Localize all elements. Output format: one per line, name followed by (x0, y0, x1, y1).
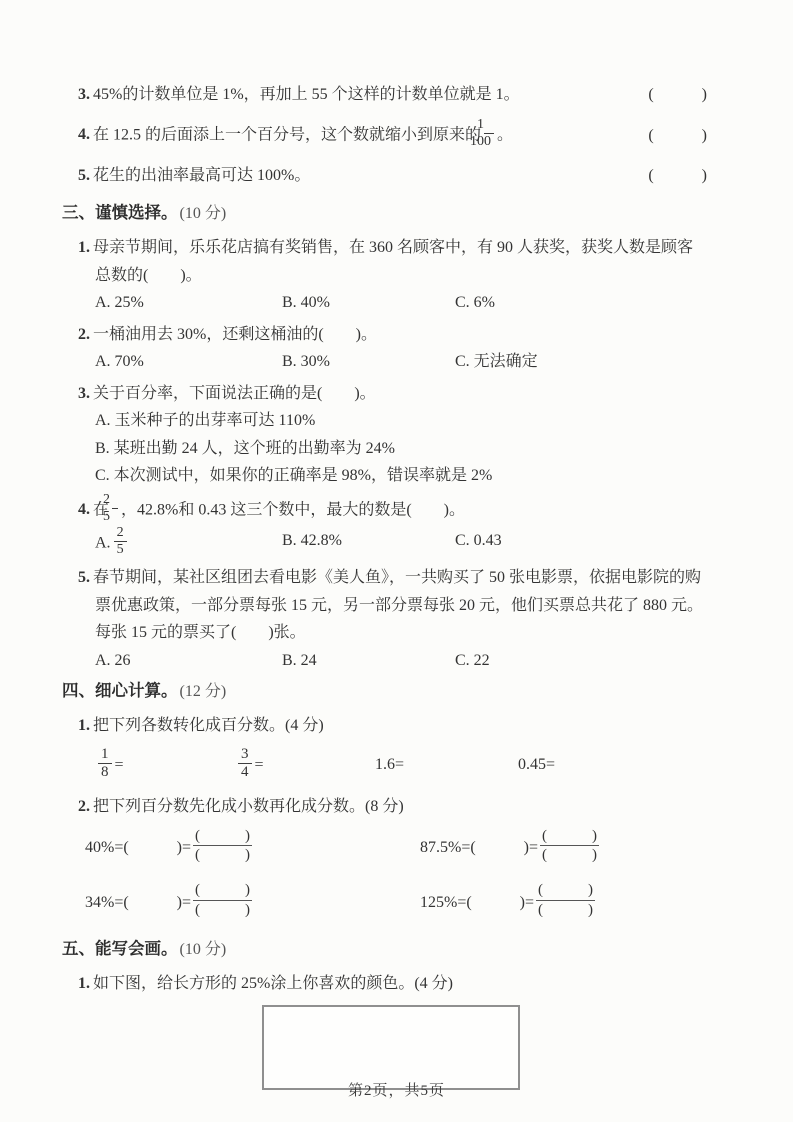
judge-statement-after: 。 (497, 126, 513, 143)
option-b: B. 30% (282, 348, 455, 376)
fraction-denominator-blank: ( ) (540, 846, 599, 865)
question-text: 春节期间，某社区组团去看电影《美人鱼》，一共购买了 50 张电影票，依据电影院的… (93, 569, 703, 641)
percent-conversion-grid: 40%=( )=( )( ) 87.5%=( )=( )( ) 34%=( )=… (62, 827, 707, 920)
fraction-numerator-blank: ( ) (193, 881, 252, 901)
choice-question-5: 5.春节期间，某社区组团去看电影《美人鱼》，一共购买了 50 张电影票，依据电影… (62, 564, 707, 674)
task-score: (4 分) (285, 717, 324, 734)
section-score: (12 分) (180, 683, 227, 700)
judge-item-4: 4.在 12.5 的后面添上一个百分号，这个数就缩小到原来的1100。 ( ) (62, 119, 707, 152)
section-5-heading: 五、能写会画。(10 分) (62, 936, 707, 963)
question-text: 母亲节期间，乐乐花店搞有奖销售，在 360 名顾客中，有 90 人获奖，获奖人数… (93, 239, 693, 284)
conversion-prefix: 34%=( )= (85, 889, 191, 912)
fraction-denominator-blank: ( ) (193, 846, 252, 865)
conversion-40: 40%=( )=( )( ) (85, 827, 420, 866)
fraction-denominator: 5 (114, 542, 127, 558)
task-instruction: 把下列百分数先化成小数再化成分数。 (93, 798, 365, 815)
judge-item-5: 5.花生的出油率最高可达 100%。 ( ) (62, 163, 707, 189)
question-number: 4. (78, 501, 90, 518)
section-score: (10 分) (180, 205, 227, 222)
fraction-numerator: 3 (238, 746, 252, 764)
judge-statement-before: 在 12.5 的后面添上一个百分号，这个数就缩小到原来的 (93, 126, 481, 143)
section-4-heading: 四、细心计算。(12 分) (62, 678, 707, 705)
draw-task-1: 1.如下图，给长方形的 25%涂上你喜欢的颜色。(4 分) (62, 970, 707, 1091)
choice-question-1: 1.母亲节期间，乐乐花店搞有奖销售，在 360 名顾客中，有 90 人获奖，获奖… (62, 234, 707, 317)
task-score: (4 分) (414, 975, 453, 992)
section-title-text: 四、细心计算。 (62, 682, 178, 700)
option-c: C. 6% (455, 289, 495, 317)
judge-statement: 45%的计数单位是 1%，再加上 55 个这样的计数单位就是 1。 (93, 86, 520, 103)
option-c: C. 22 (455, 647, 490, 675)
fraction-2-5: 25 (114, 525, 127, 558)
choice-question-4: 4.在25，42.8%和 0.43 这三个数中，最大的数是( )。 A.25 B… (62, 494, 707, 560)
options-row: A. 70% B. 30% C. 无法确定 (62, 348, 707, 376)
question-number: 1. (78, 239, 90, 256)
fraction-numerator: 2 (114, 525, 127, 542)
question-text: 一桶油用去 30%，还剩这桶油的( )。 (93, 326, 377, 343)
judge-item-3: 3.45%的计数单位是 1%，再加上 55 个这样的计数单位就是 1。 ( ) (62, 82, 707, 108)
fraction-denominator: 100 (484, 134, 494, 150)
answer-blank: ( ) (648, 123, 707, 149)
fraction-denominator: 8 (98, 764, 112, 781)
calc-task-1: 1.把下列各数转化成百分数。(4 分) 18= 34= 1.6= 0.45= (62, 712, 707, 783)
expression-1-6: 1.6= (375, 756, 518, 774)
equals-sign: = (255, 756, 264, 773)
option-a: A. 70% (95, 348, 282, 376)
option-a: A. 26 (95, 647, 282, 675)
option-a: A.25 (95, 527, 282, 560)
fraction-numerator: 1 (484, 117, 494, 134)
judge-item-text: 4.在 12.5 的后面添上一个百分号，这个数就缩小到原来的1100。 (62, 119, 638, 152)
fraction-denominator-blank: ( ) (193, 901, 252, 920)
question-text: 关于百分率，下面说法正确的是( )。 (93, 385, 376, 402)
item-number: 4. (78, 126, 90, 143)
section-title-text: 五、能写会画。 (62, 940, 178, 958)
conversion-34: 34%=( )=( )( ) (85, 881, 420, 920)
question-number: 3. (78, 385, 90, 402)
fraction-numerator-blank: ( ) (536, 881, 595, 901)
blank-fraction: ( )( ) (193, 827, 252, 866)
answer-blank: ( ) (648, 163, 707, 189)
task-number: 1. (78, 975, 90, 992)
fraction-numerator: 2 (112, 492, 118, 509)
task-number: 1. (78, 717, 90, 734)
item-number: 5. (78, 167, 90, 184)
fraction-denominator-blank: ( ) (536, 901, 595, 920)
fraction-numerator-blank: ( ) (540, 827, 599, 847)
fraction-denominator: 4 (238, 764, 252, 781)
choice-question-3: 3.关于百分率，下面说法正确的是( )。 A. 玉米种子的出芽率可达 110% … (62, 380, 707, 490)
option-a: A. 玉米种子的出芽率可达 110% (62, 407, 707, 435)
option-c: C. 无法确定 (455, 348, 538, 376)
conversion-prefix: 125%=( )= (420, 889, 534, 912)
options-row: A.25 B. 42.8% C. 0.43 (62, 527, 707, 560)
question-number: 5. (78, 569, 90, 586)
convert-to-percent-row: 18= 34= 1.6= 0.45= (62, 748, 707, 784)
judge-item-text: 5.花生的出油率最高可达 100%。 (62, 163, 638, 189)
conversion-125: 125%=( )=( )( ) (420, 881, 595, 920)
choice-question-2: 2.一桶油用去 30%，还剩这桶油的( )。 A. 70% B. 30% C. … (62, 321, 707, 376)
section-title-text: 三、谨慎选择。 (62, 204, 178, 222)
options-row: A. 25% B. 40% C. 6% (62, 289, 707, 317)
judge-item-text: 3.45%的计数单位是 1%，再加上 55 个这样的计数单位就是 1。 (62, 82, 638, 108)
option-a: A. 25% (95, 289, 282, 317)
fraction-numerator-blank: ( ) (193, 827, 252, 847)
task-instruction: 如下图，给长方形的 25%涂上你喜欢的颜色。 (93, 975, 414, 992)
conversion-prefix: 87.5%=( )= (420, 834, 538, 857)
expression-0-45: 0.45= (518, 756, 555, 774)
exam-page: 3.45%的计数单位是 1%，再加上 55 个这样的计数单位就是 1。 ( ) … (0, 0, 793, 1122)
page-content: 3.45%的计数单位是 1%，再加上 55 个这样的计数单位就是 1。 ( ) … (62, 82, 707, 1094)
expression-1-8: 18= (95, 748, 235, 784)
equals-sign: = (115, 756, 124, 773)
section-3-heading: 三、谨慎选择。(10 分) (62, 200, 707, 227)
option-b: B. 42.8% (282, 527, 455, 560)
section-score: (10 分) (180, 941, 227, 958)
option-label: A. (95, 534, 111, 551)
task-score: (8 分) (365, 798, 404, 815)
calc-task-2: 2.把下列百分数先化成小数再化成分数。(8 分) 40%=( )=( )( ) … (62, 793, 707, 920)
options-row: A. 26 B. 24 C. 22 (62, 647, 707, 675)
blank-fraction: ( )( ) (536, 881, 595, 920)
conversion-prefix: 40%=( )= (85, 834, 191, 857)
option-c: C. 本次测试中，如果你的正确率是 98%，错误率就是 2% (62, 462, 707, 490)
blank-fraction: ( )( ) (193, 881, 252, 920)
fraction-numerator: 1 (98, 746, 112, 764)
expression-3-4: 34= (235, 748, 375, 784)
fraction-denominator: 5 (112, 509, 118, 525)
conversion-87-5: 87.5%=( )=( )( ) (420, 827, 599, 866)
option-b: B. 40% (282, 289, 455, 317)
rectangle-drawing-area (262, 1005, 520, 1090)
judge-statement: 花生的出油率最高可达 100%。 (93, 167, 310, 184)
fraction-2-5: 25 (112, 492, 118, 525)
fraction-1-100: 1100 (484, 117, 494, 150)
option-b: B. 24 (282, 647, 455, 675)
option-b: B. 某班出勤 24 人，这个班的出勤率为 24% (62, 435, 707, 463)
blank-fraction: ( )( ) (540, 827, 599, 866)
item-number: 3. (78, 86, 90, 103)
question-number: 2. (78, 326, 90, 343)
question-text-after: ，42.8%和 0.43 这三个数中，最大的数是( )。 (121, 501, 465, 518)
task-instruction: 把下列各数转化成百分数。 (93, 717, 285, 734)
task-number: 2. (78, 798, 90, 815)
page-footer: 第2页，共5页 (0, 1079, 793, 1100)
option-c: C. 0.43 (455, 527, 502, 560)
answer-blank: ( ) (648, 82, 707, 108)
